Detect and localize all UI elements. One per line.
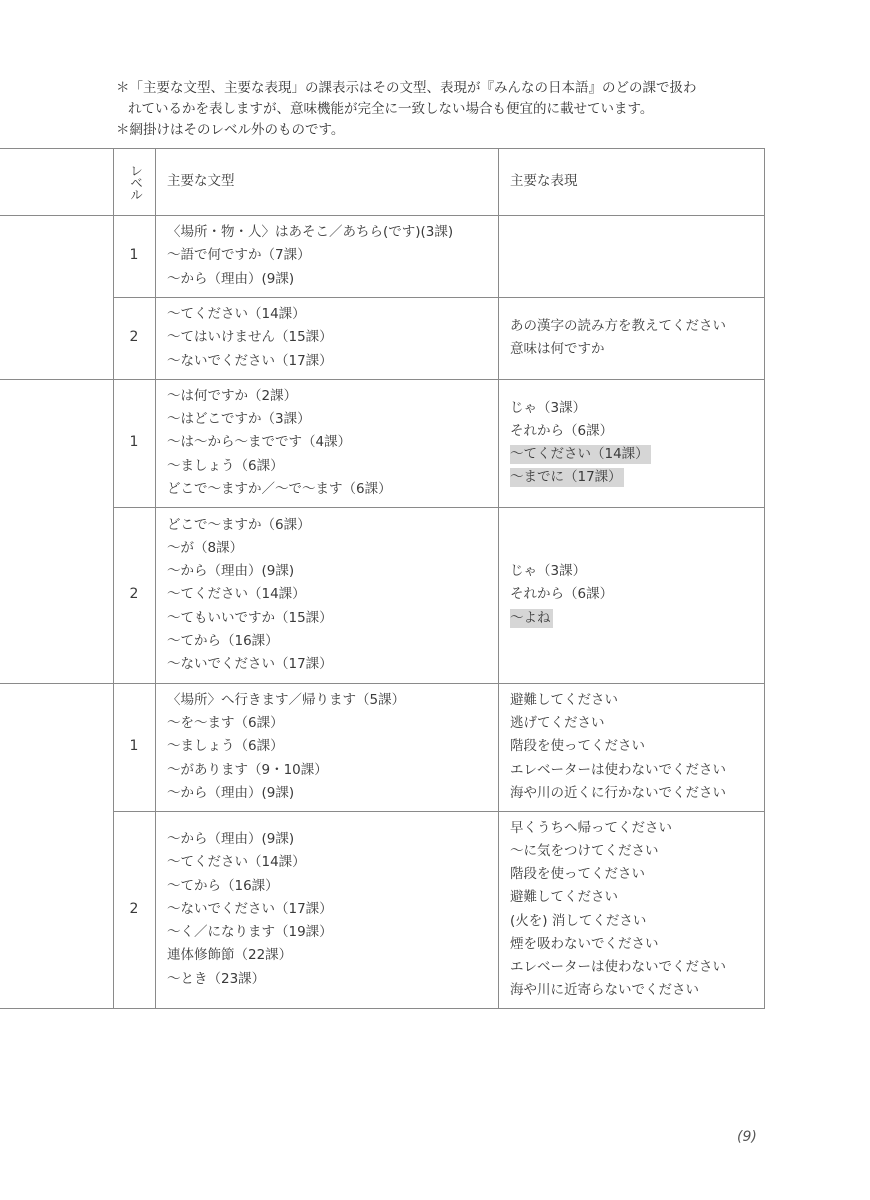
pattern-item: 〈場所〉へ行きます／帰ります（5課） [167, 689, 498, 712]
level-cell: 2 [113, 811, 155, 1008]
expression-item: エレベーターは使わないでください [510, 759, 764, 782]
pattern-item: 連体修飾節（22課） [167, 944, 498, 967]
patterns-cell: どこで～ますか（6課）～が（8課）～から（理由）(9課)～てください（14課）～… [155, 507, 498, 683]
header-expressions-label: 主要な表現 [510, 170, 764, 193]
expression-item: 意味は何ですか [510, 338, 764, 361]
expression-item: 階段を使ってください [510, 735, 764, 758]
pattern-item: ～ないでください（17課） [167, 898, 498, 921]
expression-item: あの漢字の読み方を教えてください [510, 315, 764, 338]
pattern-item: ～から（理由）(9課) [167, 828, 498, 851]
patterns-cell: ～から（理由）(9課)～てください（14課）～てから（16課）～ないでください（… [155, 811, 498, 1008]
level-cell: 1 [113, 683, 155, 811]
pattern-item: ～とき（23課） [167, 968, 498, 991]
expression-item: じゃ（3課） [510, 560, 764, 583]
notes: ＊「主要な文型、主要な表現」の課表示はその文型、表現が『みんなの日本語』のどの課… [116, 78, 697, 141]
pattern-item: ～てから（16課） [167, 875, 498, 898]
pattern-item: ～ないでください（17課） [167, 653, 498, 676]
table-rule [0, 1008, 765, 1009]
expression-item: ～に気をつけてください [510, 840, 764, 863]
pattern-item: ～ましょう（6課） [167, 455, 498, 478]
pattern-item: ～は～から～までです（4課） [167, 431, 498, 454]
header-patterns-label: 主要な文型 [167, 170, 498, 193]
expression-item: エレベーターは使わないでください [510, 956, 764, 979]
header-expressions: 主要な表現 [498, 148, 764, 215]
pattern-item: ～から（理由）(9課) [167, 560, 498, 583]
note-2: ＊網掛けはそのレベル外のものです。 [116, 120, 697, 141]
level-cell: 1 [113, 379, 155, 507]
pattern-item: ～があります（9・10課） [167, 759, 498, 782]
expression-item: 逃げてください [510, 712, 764, 735]
expression-item: 早くうちへ帰ってください [510, 817, 764, 840]
pattern-item: どこで～ますか（6課） [167, 514, 498, 537]
patterns-cell: ～は何ですか（2課）～はどこですか（3課）～は～から～までです（4課）～ましょう… [155, 379, 498, 507]
header-level: レベル [113, 148, 155, 215]
note-1: ＊「主要な文型、主要な表現」の課表示はその文型、表現が『みんなの日本語』のどの課… [116, 78, 697, 99]
expression-item: 階段を使ってください [510, 863, 764, 886]
pattern-item: ～く／になります（19課） [167, 921, 498, 944]
expressions-cell: 避難してください逃げてください階段を使ってくださいエレベーターは使わないでくださ… [498, 683, 764, 811]
expression-item-shaded: ～よね [510, 607, 764, 630]
pattern-item: ～ないでください（17課） [167, 350, 498, 373]
patterns-cell: 〈場所・物・人〉はあそこ／あちら(です)(3課)～語で何ですか（7課）～から（理… [155, 215, 498, 297]
expressions-cell: 早くうちへ帰ってください～に気をつけてください階段を使ってください避難してくださ… [498, 811, 764, 1008]
level-cell: 1 [113, 215, 155, 297]
table-rule [764, 148, 765, 1009]
pattern-item: ～語で何ですか（7課） [167, 244, 498, 267]
expressions-cell: じゃ（3課）それから（6課）～よね [498, 507, 764, 683]
note-1-cont: れているかを表しますが、意味機能が完全に一致しない場合も便宜的に載せています。 [116, 99, 697, 120]
pattern-item: ～はどこですか（3課） [167, 408, 498, 431]
expression-item: 海や川の近くに行かないでください [510, 782, 764, 805]
pattern-item: 〈場所・物・人〉はあそこ／あちら(です)(3課) [167, 221, 498, 244]
expression-item: 避難してください [510, 689, 764, 712]
pattern-item: ～が（8課） [167, 537, 498, 560]
pattern-item: ～は何ですか（2課） [167, 385, 498, 408]
level-cell: 2 [113, 297, 155, 379]
pattern-item: ～てください（14課） [167, 303, 498, 326]
pattern-item: ～てから（16課） [167, 630, 498, 653]
expression-item: 煙を吸わないでください [510, 933, 764, 956]
page-number: (9) [737, 1129, 757, 1145]
expression-item: じゃ（3課） [510, 397, 764, 420]
header-patterns: 主要な文型 [155, 148, 498, 215]
pattern-item: ～てもいいですか（15課） [167, 607, 498, 630]
pattern-item: どこで～ますか／～で～ます（6課） [167, 478, 498, 501]
expression-item: 避難してください [510, 886, 764, 909]
level-cell: 2 [113, 507, 155, 683]
patterns-cell: ～てください（14課）～てはいけません（15課）～ないでください（17課） [155, 297, 498, 379]
pattern-item: ～てください（14課） [167, 851, 498, 874]
expressions-cell: じゃ（3課）それから（6課）～てください（14課）～までに（17課） [498, 379, 764, 507]
patterns-cell: 〈場所〉へ行きます／帰ります（5課）～を～ます（6課）～ましょう（6課）～があり… [155, 683, 498, 811]
expression-item: それから（6課） [510, 583, 764, 606]
pattern-item: ～てはいけません（15課） [167, 326, 498, 349]
expression-item: 海や川に近寄らないでください [510, 979, 764, 1002]
expression-item: それから（6課） [510, 420, 764, 443]
expression-item: (火を) 消してください [510, 910, 764, 933]
expressions-cell [498, 215, 764, 297]
expressions-cell: あの漢字の読み方を教えてください意味は何ですか [498, 297, 764, 379]
pattern-item: ～ましょう（6課） [167, 735, 498, 758]
expression-item-shaded: ～てください（14課） [510, 443, 764, 466]
expression-item-shaded: ～までに（17課） [510, 466, 764, 489]
pattern-item: ～から（理由）(9課) [167, 782, 498, 805]
header-level-label: レベル [127, 164, 141, 200]
pattern-item: ～を～ます（6課） [167, 712, 498, 735]
pattern-item: ～から（理由）(9課) [167, 268, 498, 291]
pattern-item: ～てください（14課） [167, 583, 498, 606]
